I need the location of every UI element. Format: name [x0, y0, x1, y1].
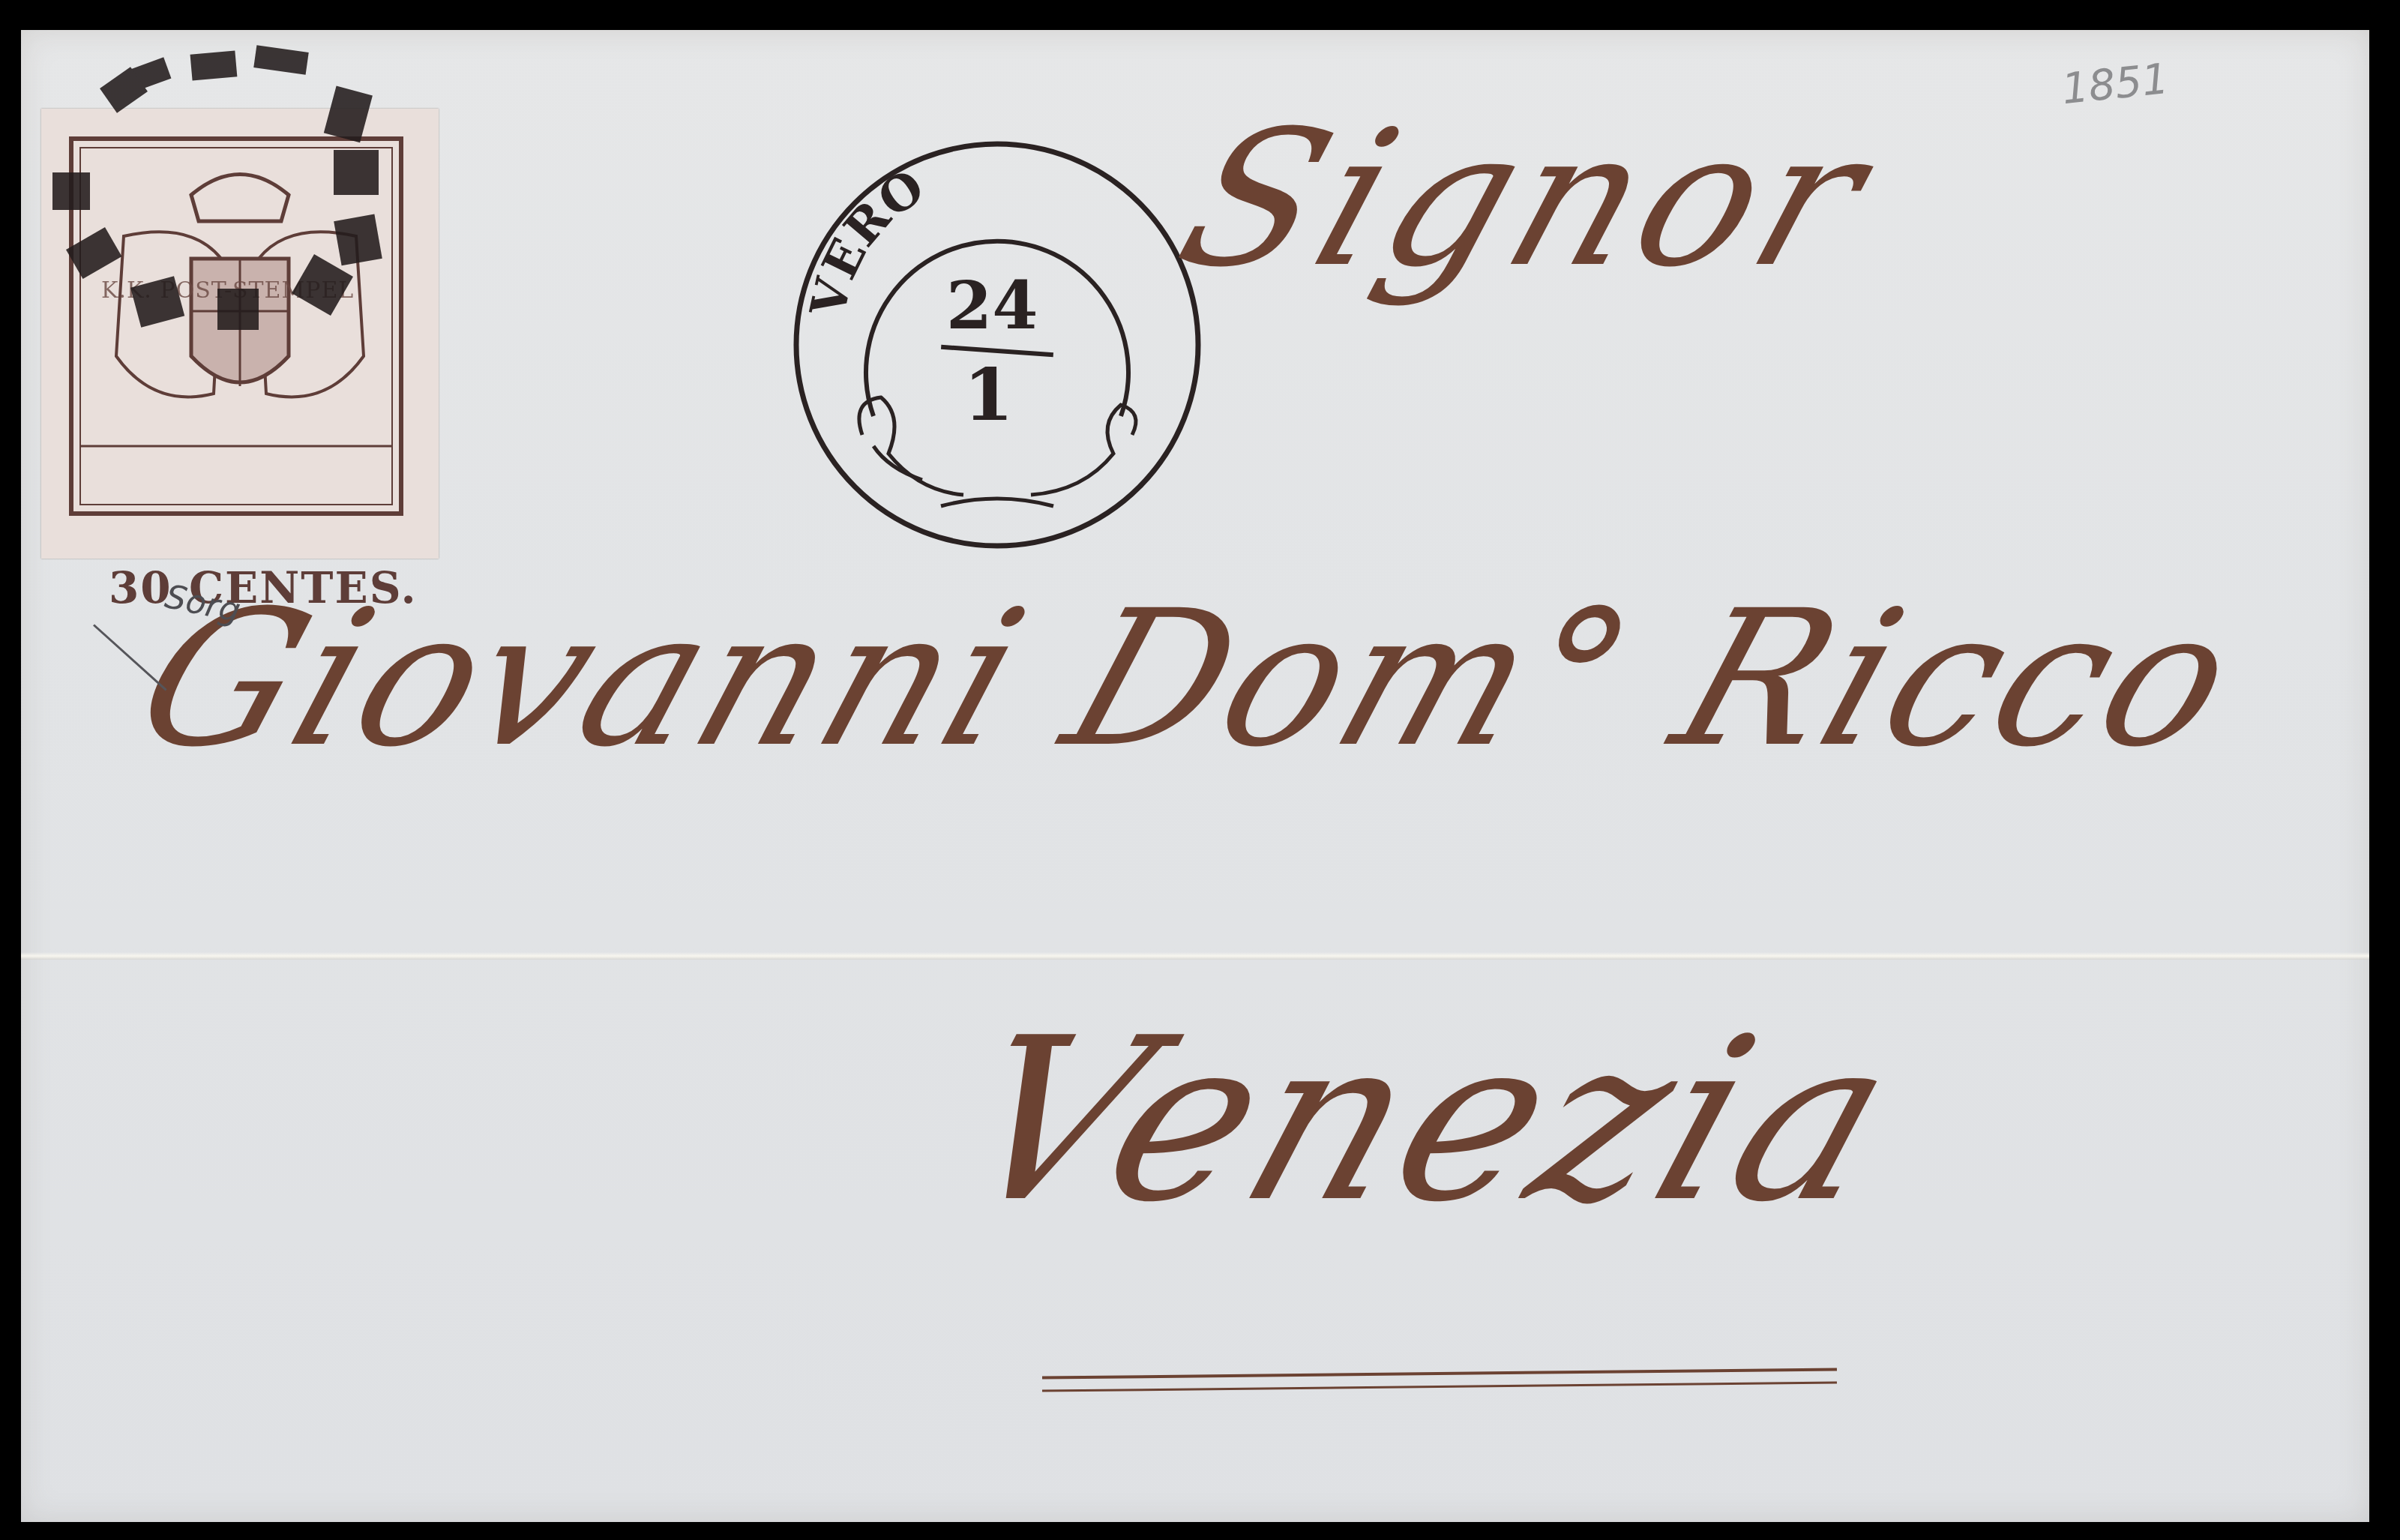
fold-line	[21, 952, 2369, 960]
svg-text:VERO: VERO	[800, 158, 935, 322]
postmark-day: 24	[946, 266, 1038, 344]
postmark-verona: VERO	[791, 139, 1203, 551]
stamp-inscription: K.K. POST-STEMPEL	[101, 277, 354, 304]
address-name: Giovanni Dom° Ricco	[115, 570, 2262, 788]
address-salutation: Signor	[1157, 90, 1895, 308]
address-city: Venezia	[932, 990, 1926, 1251]
postage-stamp: K.K. POST-STEMPEL 30 CENTES.	[41, 109, 439, 559]
stamp-eagle-icon	[41, 109, 439, 559]
postmark-month: 1	[963, 352, 1014, 437]
